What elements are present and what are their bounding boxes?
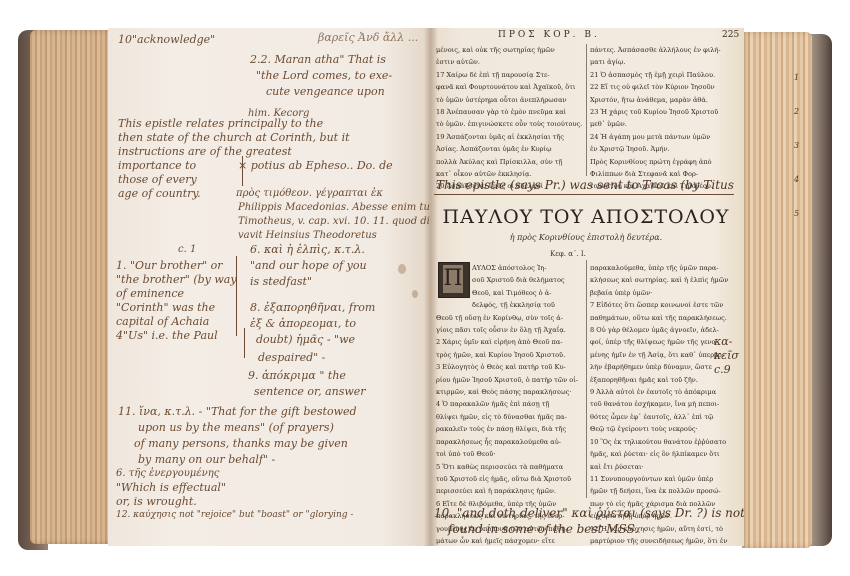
printed-line: Θεοῦ, καὶ Τιμόθεος ὁ ἀ- (436, 287, 584, 299)
annotation-line: cute vengeance upon (266, 84, 385, 99)
printed-line: βεβαία ὑπὲρ ὑμῶν· (590, 287, 738, 299)
annotation-line: 4"Us" i.e. the Paul (116, 328, 218, 343)
printed-line: τοὶ ὑπὸ τοῦ Θεοῦ· (436, 448, 584, 460)
annotation-line: This epistle relates principally to the (118, 116, 323, 131)
left-manuscript-page: 10"acknowledge"βαρεῖς Ἀνδ ἄλλ ...2.2. Ma… (108, 28, 430, 546)
printed-line: 10 Ὃς ἐκ τηλικούτου θανάτου ἐῤῥύσατο (590, 436, 738, 448)
printed-line: τὸ ὑμῶν ὑστέρημα οὗτοι ἀνεπλήρωσαν (436, 94, 584, 106)
printed-line: πάντες. Ἀσπάσασθε ἀλλήλους ἐν φιλή- (590, 44, 738, 56)
column-rule-lower (586, 260, 587, 498)
ink-bracket (244, 328, 245, 358)
annotation-line: importance to (118, 158, 196, 173)
annotation-line: c. 1 (178, 242, 196, 257)
printed-line: σοῦ Χριστοῦ διὰ θελήματος (436, 274, 584, 286)
fore-edge-mark: 3 (794, 138, 799, 153)
right-cover (810, 34, 832, 546)
printed-line: 23 Ἡ χάρις τοῦ Κυρίου Ἰησοῦ Χριστοῦ (590, 106, 738, 118)
annotation-line: 1. "Our brother" or (116, 258, 223, 273)
annotation-line: 8. ἐξαπορηθῆναι, from (250, 300, 375, 315)
annotation-line: or, is wrought. (116, 494, 197, 509)
fore-edge-mark: 2 (794, 104, 799, 119)
printed-line: Πρὸς Κορινθίους πρώτη ἐγράφη ἀπὸ (590, 156, 738, 168)
annotation-line: doubt) ἡμᾶς - "we (256, 332, 355, 347)
annotation-line: vavit Heinsius Theodoretus (238, 228, 377, 243)
annotation-line: 12. καύχησις not "rejoice" but "boast" o… (116, 508, 353, 523)
running-head: ΠΡΟΣ ΚΟΡ. Β. (498, 30, 600, 40)
annotation-line: 6. τῆς ἐνεργουμένης (116, 466, 219, 481)
page-number: 225 (722, 30, 739, 40)
annotation-line: those of every (118, 172, 197, 187)
printed-line: Ἀσίας. Ἀσπάζονται ὑμᾶς ἐν Κυρίῳ (436, 143, 584, 155)
annotation-line: βαρεῖς Ἀνδ ἄλλ ... (318, 30, 418, 45)
printed-line: φανᾶ καὶ Φουρτουνάτου καὶ Ἀχαϊκοῦ, ὅτι (436, 81, 584, 93)
annotation-line: of many persons, thanks may be given (134, 436, 348, 451)
annotation-line: is stedfast" (250, 274, 312, 289)
annotation-line: age of country. (118, 186, 201, 201)
printed-line: ἐν Χριστῷ Ἰησοῦ. Ἀμήν. (590, 143, 738, 155)
printed-line: 5 Ὅτι καθὼς περισσεύει τὰ παθήματα (436, 461, 584, 473)
printed-line: ρακαλεῖν τοὺς ἐν πάσῃ θλίψει, διὰ τῆς (436, 423, 584, 435)
margin-note-line: c.9 (714, 362, 731, 377)
printed-line: πολλὰ Ἀκύλας καὶ Πρίσκιλλα, σὺν τῇ (436, 156, 584, 168)
annotation-line: Timotheus, v. cap. xvi. 10. 11. quod diu… (238, 214, 430, 229)
printed-line: θλίψει ἡμῶν, εἰς τὸ δύνασθαι ἡμᾶς πα- (436, 411, 584, 423)
printed-line: τοῦ θανάτου ἐσχήκαμεν, ἵνα μὴ πεποι- (590, 398, 738, 410)
annotation-line: then state of the church at Corinth, but… (118, 130, 350, 145)
annotation-line: 11. ἵνα, κ.τ.λ. - "That for the gift bes… (118, 404, 357, 419)
printed-line: τὸ ὑμῶν. ἐπιγινώσκετε οὖν τοὺς τοιούτους… (436, 118, 584, 130)
printed-line: 4 Ὁ παρακαλῶν ἡμᾶς ἐπὶ πάσῃ τῇ (436, 398, 584, 410)
printed-line: γίοις πᾶσι τοῖς οὖσιν ἐν ὅλῃ τῇ Ἀχαΐᾳ. (436, 324, 584, 336)
annotation-line: 2.2. Maran atha" That is (250, 52, 386, 67)
book-title: ΠΑΥΛΟΥ ΤΟΥ ΑΠΟΣΤΟΛΟΥ (436, 206, 736, 228)
printed-line: κλήσεως καὶ σωτηρίας. καὶ ἡ ἐλπὶς ἡμῶν (590, 274, 738, 286)
printed-line: 9 Ἀλλὰ αὐτοὶ ἐν ἑαυτοῖς τὸ ἀπόκριμα (590, 386, 738, 398)
annotation-line: instructions are of the greatest (118, 144, 292, 159)
printed-line: 11 Συνυπουργούντων καὶ ὑμῶν ὑπὲρ (590, 473, 738, 485)
annotation-line: ἐξ & ἀπορεομαι, to (250, 316, 356, 331)
printed-line: 24 Ἡ ἀγάπη μου μετὰ πάντων ὑμῶν (590, 131, 738, 143)
book-subtitle: ἡ πρὸς Κορινθίους ἐπιστολὴ δευτέρα. (436, 233, 736, 242)
printed-line: θότες ὦμεν ἐφ᾽ ἑαυτοῖς, ἀλλ᾽ ἐπὶ τῷ (590, 411, 738, 423)
printed-line: Χριστόν, ἤτω ἀνάθεμα, μαρὰν ἀθά. (590, 94, 738, 106)
text-column-lower-left: ΑΥΛΟΣ ἀπόστολος Ἰη-σοῦ Χριστοῦ διὰ θελήμ… (436, 262, 584, 546)
printed-line: 19 Ἀσπάζονται ὑμᾶς αἱ ἐκκλησίαι τῆς (436, 131, 584, 143)
annotation-line: "Which is effectual" (116, 480, 226, 495)
printed-line: τοῦ Χριστοῦ εἰς ἡμᾶς, οὕτω διὰ Χριστοῦ (436, 473, 584, 485)
printed-line: ἡμῶν τῇ δεήσει, ἵνα ἐκ πολλῶν προσώ- (590, 485, 738, 497)
printed-line: τρὸς ἡμῶν, καὶ Κυρίου Ἰησοῦ Χριστοῦ. (436, 349, 584, 361)
right-page-block-edge: 12345 (742, 32, 812, 548)
bottom-annotation-line: found in some of the best MSS. (448, 522, 638, 537)
annotation-line: 10"acknowledge" (118, 32, 215, 47)
annotation-line: by many on our behalf" - (138, 452, 275, 467)
printed-line: 7 Εἰδότες ὅτι ὥσπερ κοινωνοί ἐστε τῶν (590, 299, 738, 311)
printed-line: παρακαλούμεθα, ὑπὲρ τῆς ὑμῶν παρα- (590, 262, 738, 274)
annotation-line: 9. ἀπόκριμα " the (248, 368, 346, 383)
annotation-line: πρὸς τιμόθεον. γέγραπται ἐκ (236, 186, 383, 201)
text-column-upper-left: μένοις, καὶ οὐκ τῆς σωτηρίας ἡμῶνἐστιν α… (436, 44, 584, 193)
fore-edge-mark: 1 (794, 70, 799, 85)
text-column-upper-right: πάντες. Ἀσπάσασθε ἀλλήλους ἐν φιλή-ματι … (590, 44, 738, 193)
printed-line: παρακλήσεως ἧς παρακαλούμεθα αὐ- (436, 436, 584, 448)
printed-line: περισσεύει καὶ ἡ παράκλησις ἡμῶν. (436, 485, 584, 497)
printed-line: καὶ ἔτι ῥύσεται· (590, 461, 738, 473)
printed-line: Θεοῦ τῇ οὔσῃ ἐν Κορίνθῳ, σὺν τοῖς ἁ- (436, 312, 584, 324)
printed-line: παθημάτων, οὕτω καὶ τῆς παρακλήσεως. (590, 312, 738, 324)
ink-stain (412, 290, 418, 298)
printed-line: 18 Ἀνέπαυσαν γὰρ τὸ ἐμὸν πνεῦμα καὶ (436, 106, 584, 118)
annotation-line: 6. καὶ ἡ ἐλπὶς, κ.τ.λ. (250, 242, 365, 257)
printed-line: κτιρμῶν, καὶ Θεὸς πάσης παρακλήσεως· (436, 386, 584, 398)
fore-edge-mark: 5 (794, 206, 799, 221)
inline-annotation: This epistle (says Pr.) was sent to Troa… (436, 178, 734, 193)
printed-line: 2 Χάρις ὑμῖν καὶ εἰρήνη ἀπὸ Θεοῦ πα- (436, 336, 584, 348)
annotation-line: sentence or, answer (254, 384, 366, 399)
bottom-annotation-line: 10. "and doth deliver" καὶ ῥύεται (says … (434, 506, 744, 521)
printed-line: ρίου ἡμῶν Ἰησοῦ Χριστοῦ, ὁ πατὴρ τῶν οἰ- (436, 374, 584, 386)
margin-note-line: κα- (714, 334, 732, 349)
annotation-line: "and our hope of you (250, 258, 367, 273)
printed-line: 21 Ὁ ἀσπασμὸς τῇ ἐμῇ χειρὶ Παύλου. (590, 69, 738, 81)
printed-line: 3 Εὐλογητὸς ὁ Θεὸς καὶ πατὴρ τοῦ Κυ- (436, 361, 584, 373)
ink-stain (398, 264, 406, 274)
ink-divider (236, 256, 237, 336)
text-column-lower-right: παρακαλούμεθα, ὑπὲρ τῆς ὑμῶν παρα-κλήσεω… (590, 262, 738, 546)
annotation-line: Philippis Macedonias. Abesse enim tum (238, 200, 430, 215)
printed-line: ματι ἁγίῳ. (590, 56, 738, 68)
printed-line: 17 Χαίρω δὲ ἐπὶ τῇ παρουσίᾳ Στε- (436, 69, 584, 81)
printed-line: μένοις, καὶ οὐκ τῆς σωτηρίας ἡμῶν (436, 44, 584, 56)
printed-line: Θεῷ τῷ ἐγείροντι τοὺς νεκρούς· (590, 423, 738, 435)
annotation-line: "the brother" (by way (116, 272, 237, 287)
printed-line: μεθ᾽ ὑμῶν. (590, 118, 738, 130)
annotation-line: "Corinth" was the (116, 300, 215, 315)
fore-edge-mark: 4 (794, 172, 799, 187)
column-rule-upper (586, 44, 587, 176)
printed-line: δελφός, τῇ ἐκκλησίᾳ τοῦ (436, 299, 584, 311)
annotation-line: × potius ab Epheso.. Do. de (238, 158, 393, 173)
margin-note-line: κεῖσ (714, 348, 739, 363)
printed-line: ἡμᾶς, καὶ ῥύεται· εἰς ὃν ἠλπίκαμεν ὅτι (590, 448, 738, 460)
ink-rule (242, 156, 243, 186)
annotation-line: capital of Achaia (116, 314, 209, 329)
printed-line: ἐστιν αὐτῶν. (436, 56, 584, 68)
printed-line: ΑΥΛΟΣ ἀπόστολος Ἰη- (436, 262, 584, 274)
annotation-line: of eminence (116, 286, 184, 301)
right-printed-page: ΠΡΟΣ ΚΟΡ. Β. 225 μένοις, καὶ οὐκ τῆς σωτ… (430, 28, 744, 546)
annotation-line: despaired" - (258, 350, 325, 365)
ink-underline (434, 194, 734, 195)
annotation-line: "the Lord comes, to exe- (256, 68, 392, 83)
book-gutter (424, 28, 438, 546)
annotation-line: upon us by the means" (of prayers) (138, 420, 334, 435)
printed-line: 22 Εἴ τις οὐ φιλεῖ τὸν Κύριον Ἰησοῦν (590, 81, 738, 93)
open-book: 12345 10"acknowledge"βαρεῖς Ἀνδ ἄλλ ...2… (14, 24, 832, 552)
chapter-heading: Κεφ. α΄. I. (550, 250, 586, 258)
